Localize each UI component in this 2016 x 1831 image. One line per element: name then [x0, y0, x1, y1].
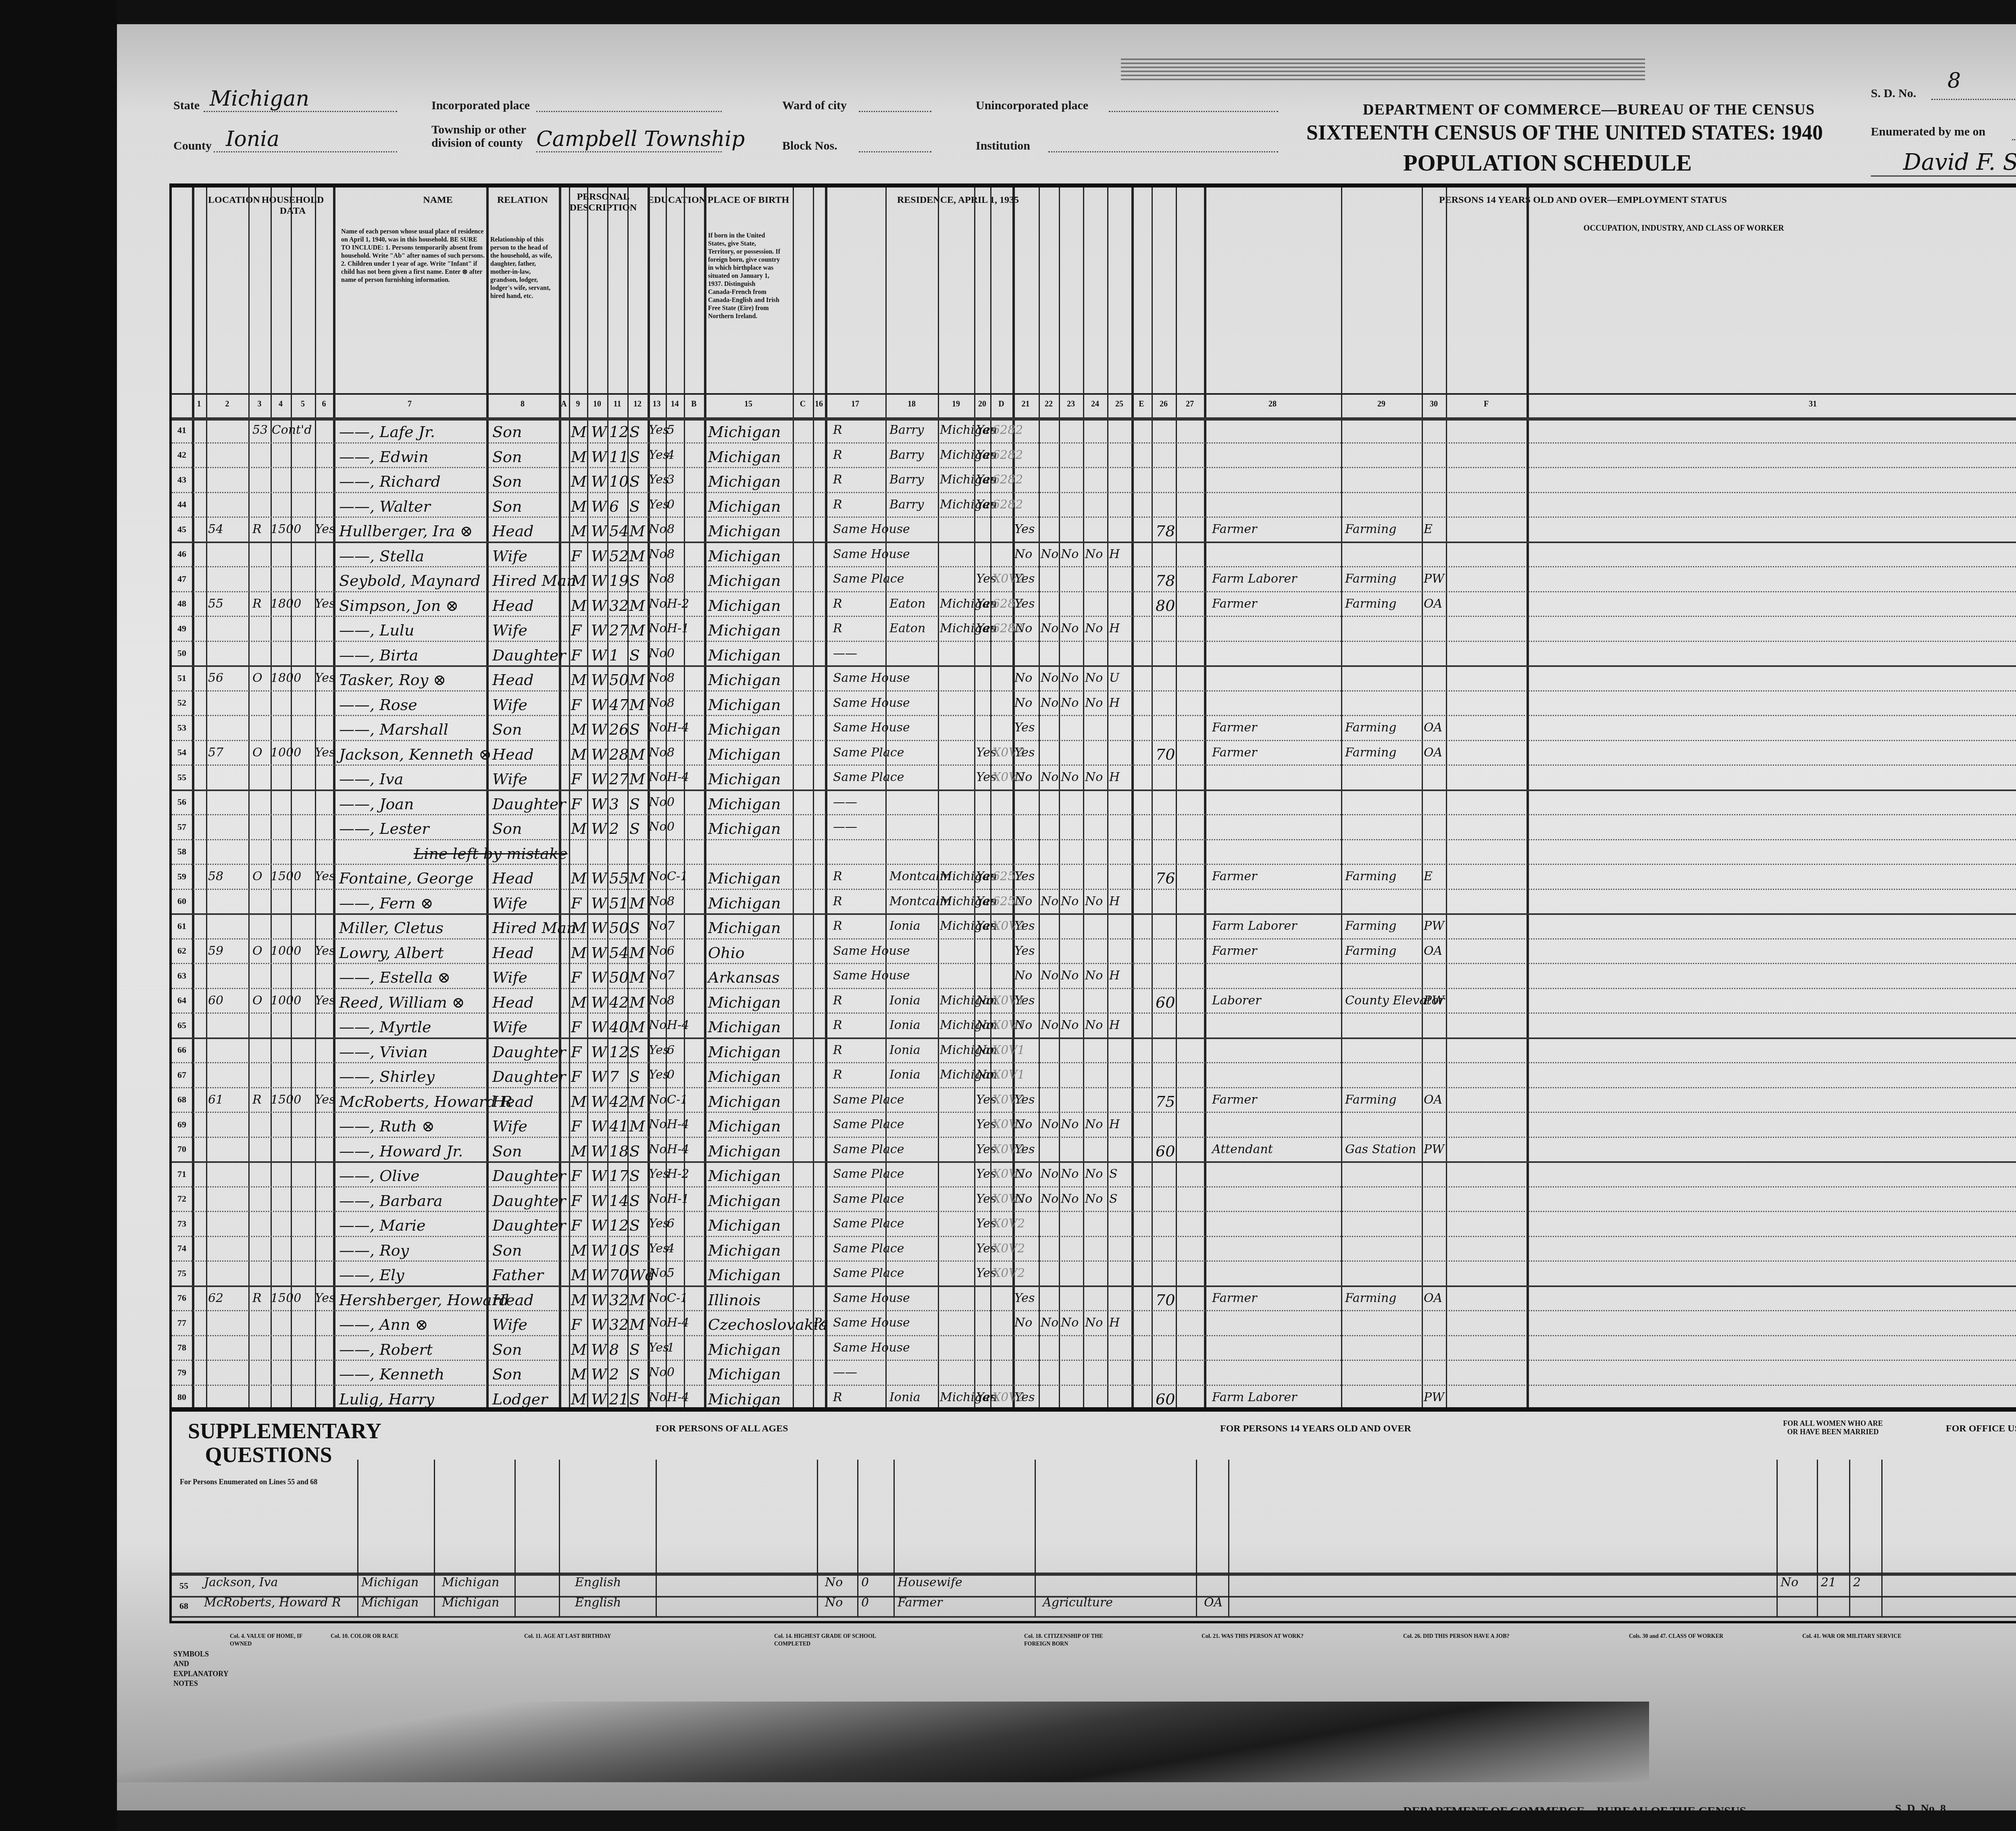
cell-other: No	[1085, 623, 1103, 635]
supp-row-divider	[172, 1616, 2016, 1618]
cell-birthplace: Michigan	[708, 871, 781, 886]
row-divider	[172, 442, 2016, 444]
section-relation: RELATION	[486, 195, 559, 206]
cell-other: No	[1085, 771, 1103, 783]
cell-name: ——, Marshall	[339, 722, 448, 737]
cell-school: No	[649, 1317, 666, 1329]
cell-race: W	[591, 598, 607, 613]
row-divider	[172, 1087, 2016, 1088]
cell-marital: S	[629, 648, 640, 663]
cell-school: No	[649, 1267, 666, 1279]
cell-sex: M	[571, 1366, 587, 1382]
cell-res-county: Barry	[889, 449, 924, 461]
cell-grade: 8	[667, 896, 675, 908]
cell-sex: M	[571, 573, 587, 588]
cell-res-city: R	[833, 424, 842, 436]
cell-school: No	[649, 920, 666, 932]
cell-res-city: Same House	[833, 945, 910, 957]
row-divider	[172, 988, 2016, 989]
cell-school: No	[649, 945, 666, 957]
cell-school: No	[649, 1366, 666, 1379]
cell-value: 1500	[271, 523, 301, 535]
cell-code: X0V1	[992, 1069, 1025, 1081]
scan-border-left	[0, 0, 117, 1831]
cell-relation: Wife	[492, 1317, 527, 1332]
cell-farm: Yes	[315, 995, 335, 1007]
supp-cell-mother-birth: Michigan	[442, 1577, 499, 1589]
supp-cell-occupation: Housewife	[898, 1577, 962, 1589]
cell-school: No	[649, 697, 666, 709]
row-divider	[172, 1012, 2016, 1014]
column-number: 16	[811, 400, 827, 409]
column-number: 30	[1426, 400, 1442, 409]
cell-age: 54	[609, 523, 629, 539]
cell-name: McRoberts, Howard R	[339, 1094, 512, 1109]
supp-cell-name: Jackson, Iva	[204, 1577, 278, 1589]
cell-name: ——, Walter	[339, 499, 431, 514]
cell-marital: M	[629, 598, 645, 613]
cell-work: No	[1014, 970, 1032, 982]
cell-grade: 8	[667, 523, 675, 535]
row-divider	[172, 641, 2016, 642]
cell-hours: 60	[1156, 1144, 1175, 1159]
cell-res-county: Barry	[889, 424, 924, 436]
cell-farm: Yes	[315, 945, 335, 957]
cell-school: No	[649, 1019, 666, 1031]
cell-res-county: Ionia	[889, 1069, 921, 1081]
cell-emerg: No	[1061, 896, 1079, 908]
cell-sex: M	[571, 1342, 587, 1357]
cell-farm: Yes	[315, 871, 335, 883]
cell-marital: M	[629, 771, 645, 787]
cell-birthplace: Michigan	[708, 1044, 781, 1060]
column-number: 19	[948, 400, 964, 409]
cell-school: No	[649, 747, 666, 759]
cell-value: 1000	[271, 945, 301, 957]
line-number: 71	[172, 1169, 192, 1179]
cell-occupation: Farmer	[1212, 598, 1257, 610]
cell-value: 1000	[271, 747, 301, 759]
cell-name: Tasker, Roy ⊗	[339, 672, 446, 687]
cell-class: PW	[1424, 1391, 1444, 1404]
cell-code: 6282	[992, 474, 1023, 486]
ward-label: Ward of city	[782, 99, 847, 112]
cell-relation: Head	[492, 871, 534, 886]
supp-column-divider	[893, 1460, 895, 1617]
cell-sex: F	[571, 1317, 581, 1332]
cell-hours: 75	[1156, 1094, 1175, 1109]
line-number: 72	[172, 1194, 192, 1204]
cell-class: E	[1424, 523, 1433, 535]
cell-res-city: Same House	[833, 672, 910, 684]
cell-seeking: No	[1041, 623, 1058, 635]
cell-birthplace: Michigan	[708, 474, 781, 489]
cell-sex: M	[571, 1391, 587, 1407]
cell-occupation: Farmer	[1212, 722, 1257, 734]
cell-birthplace: Ohio	[708, 945, 745, 960]
cell-race: W	[591, 1119, 607, 1134]
cell-school: Yes	[649, 1243, 669, 1255]
cell-age: 54	[609, 945, 629, 960]
cell-res-city: R	[833, 499, 842, 511]
cell-res-city: ——	[833, 796, 857, 808]
cell-birthplace: Czechoslovakia	[708, 1317, 828, 1332]
cell-marital: S	[629, 1342, 640, 1357]
cell-race: W	[591, 573, 607, 588]
cell-occupation: Farmer	[1212, 523, 1257, 535]
line-number: 73	[172, 1219, 192, 1229]
cell-grade: 3	[667, 474, 675, 486]
row-divider	[172, 1360, 2016, 1361]
column-divider	[1422, 187, 1423, 1409]
supp-column-divider	[1035, 1460, 1036, 1617]
cell-emerg: No	[1061, 623, 1079, 635]
header-divider	[172, 417, 2016, 421]
line-number: 59	[172, 871, 192, 882]
name-instructions: Name of each person whose usual place of…	[341, 228, 486, 284]
supp-cell-father-birth: Michigan	[361, 1577, 419, 1589]
line-number: 51	[172, 673, 192, 683]
cell-grade: H-1	[667, 623, 689, 635]
cell-res-city: Same Place	[833, 1243, 904, 1255]
cell-age: 18	[609, 1144, 629, 1159]
note-col18: Col. 18. CITIZENSHIP OF THE FOREIGN BORN	[1024, 1633, 1129, 1648]
cell-res-county: Ionia	[889, 1019, 921, 1031]
enumerated-label: Enumerated by me on	[1871, 125, 1985, 139]
cell-activity: H	[1109, 548, 1120, 560]
cell-res-city: Same Place	[833, 1094, 904, 1106]
row-divider	[172, 467, 2016, 468]
cell-race: W	[591, 1292, 607, 1308]
cell-name: ——, Olive	[339, 1168, 420, 1183]
note-col41: Col. 41. WAR OR MILITARY SERVICE	[1802, 1633, 1907, 1641]
row-divider	[172, 839, 2016, 840]
cell-school: No	[649, 722, 666, 734]
cell-industry: Farming	[1345, 598, 1397, 610]
cell-res-county: Ionia	[889, 1044, 921, 1056]
cell-work: Yes	[1014, 1292, 1035, 1304]
cell-marital: S	[629, 499, 640, 514]
column-number: 11	[609, 400, 625, 409]
cell-name: ——, Iva	[339, 771, 403, 787]
line-number: 43	[172, 475, 192, 485]
cell-school: Yes	[649, 1342, 669, 1354]
cell-relation: Head	[492, 1292, 534, 1308]
column-number: F	[1478, 400, 1494, 409]
cell-birthplace: Michigan	[708, 1342, 781, 1357]
cell-activity: H	[1109, 771, 1120, 783]
line-number: 60	[172, 896, 192, 906]
cell-age: 8	[609, 1342, 619, 1357]
cell-grade: 0	[667, 796, 675, 808]
supp-cell-soc-sec: No	[825, 1577, 843, 1589]
cell-name: ——, Stella	[339, 548, 424, 564]
cell-school: No	[649, 648, 666, 660]
cell-school: No	[649, 598, 666, 610]
cell-marital: S	[629, 1069, 640, 1084]
cell-grade: 6	[667, 1218, 675, 1230]
cell-grade: 5	[667, 424, 675, 436]
cell-race: W	[591, 871, 607, 886]
supp-cell-mother-birth: Michigan	[442, 1597, 499, 1609]
column-divider	[248, 187, 250, 1409]
cell-name: ——, Ann ⊗	[339, 1317, 428, 1332]
line-number: 58	[172, 846, 192, 857]
cell-activity: H	[1109, 1119, 1120, 1131]
cell-marital: M	[629, 523, 645, 539]
cell-work: Yes	[1014, 722, 1035, 734]
cell-marital: M	[629, 896, 645, 911]
cell-other: No	[1085, 896, 1103, 908]
note-col26: Col. 26. DID THIS PERSON HAVE A JOB?	[1403, 1633, 1516, 1641]
cell-emerg: No	[1061, 1019, 1079, 1031]
row-divider	[172, 1310, 2016, 1311]
cell-grade: H-4	[667, 1019, 689, 1031]
cell-marital: M	[629, 1317, 645, 1332]
cell-grade: H-4	[667, 1391, 689, 1404]
column-number: 2	[219, 400, 235, 409]
cell-grade: H-4	[667, 1317, 689, 1329]
supp-column-divider	[357, 1460, 358, 1617]
supp-cell-deductions: 0	[861, 1577, 869, 1589]
cell-school: No	[649, 672, 666, 684]
cell-grade: H-4	[667, 1119, 689, 1131]
cell-school: Yes	[649, 449, 669, 461]
cell-grade: H-2	[667, 598, 689, 610]
cell-class: E	[1424, 871, 1433, 883]
cell-age: 41	[609, 1119, 629, 1134]
column-number: B	[686, 400, 702, 409]
cell-sex: F	[571, 697, 581, 712]
cell-house: 54	[208, 523, 223, 535]
sd-label: S. D. No.	[1871, 87, 1916, 100]
cell-sex: M	[571, 920, 587, 935]
unincorporated-label: Unincorporated place	[976, 99, 1088, 112]
cell-name: ——, Fern ⊗	[339, 896, 433, 911]
column-divider	[1446, 187, 1447, 1409]
cell-race: W	[591, 1094, 607, 1109]
cell-farm35: No	[976, 1069, 994, 1081]
cell-race: W	[591, 474, 607, 489]
cell-farm: Yes	[315, 598, 335, 610]
cell-name: Lowry, Albert	[339, 945, 444, 960]
cell-race: W	[591, 1144, 607, 1159]
row-divider	[172, 1037, 2016, 1039]
cell-age: 28	[609, 747, 629, 762]
cell-birthplace: Michigan	[708, 499, 781, 514]
cell-seeking: No	[1041, 697, 1058, 709]
cell-race: W	[591, 896, 607, 911]
cell-relation: Wife	[492, 896, 527, 911]
cell-marital: M	[629, 1119, 645, 1134]
cell-industry: Farming	[1345, 871, 1397, 883]
cell-seeking: No	[1041, 548, 1058, 560]
column-divider	[587, 187, 588, 1409]
line-number: 66	[172, 1045, 192, 1055]
column-number: 6	[316, 400, 332, 409]
cell-res-city: R	[833, 1044, 842, 1056]
supp-cell-industry: Agriculture	[1043, 1597, 1113, 1609]
cell-work: Yes	[1014, 1144, 1035, 1156]
cell-house: 62	[208, 1292, 223, 1304]
cell-grade: 8	[667, 548, 675, 560]
line-number: 56	[172, 797, 192, 807]
column-number: 27	[1182, 400, 1198, 409]
cell-res-county: Ionia	[889, 1391, 921, 1404]
sd-value: 8	[1947, 69, 1961, 93]
cell-age: 11	[609, 449, 629, 465]
line-number: 53	[172, 723, 192, 733]
supp-over-14: FOR PERSONS 14 YEARS OLD AND OVER	[1220, 1423, 1411, 1434]
cell-own: R	[252, 523, 262, 535]
supp-column-divider	[656, 1460, 657, 1617]
note-col14: Col. 14. HIGHEST GRADE OF SCHOOL COMPLET…	[774, 1633, 895, 1648]
cell-school: No	[649, 896, 666, 908]
cell-school: No	[649, 1094, 666, 1106]
note-col10: Col. 10. COLOR OR RACE	[331, 1633, 452, 1641]
cell-res-city: Same Place	[833, 573, 904, 585]
cell-race: W	[591, 747, 607, 762]
population-table: LOCATION HOUSEHOLD DATA NAME Name of eac…	[169, 183, 2016, 1412]
cell-school: No	[649, 548, 666, 560]
cell-race: W	[591, 1391, 607, 1407]
cell-grade: 5	[667, 1267, 675, 1279]
row-divider	[172, 715, 2016, 716]
cell-grade: C-1	[667, 1094, 688, 1106]
cell-res-city: R	[833, 598, 842, 610]
cell-name: ——, Ely	[339, 1267, 404, 1283]
cell-relation: Hired Man	[492, 573, 576, 588]
cell-own: 53 Cont'd	[252, 424, 312, 436]
cell-name: ——, Ruth ⊗	[339, 1119, 435, 1134]
cell-birthplace: Michigan	[708, 573, 781, 588]
cell-relation: Son	[492, 474, 522, 489]
note-col11: Col. 11. AGE AT LAST BIRTHDAY	[524, 1633, 685, 1641]
cell-sex: F	[571, 648, 581, 663]
column-number: 22	[1041, 400, 1057, 409]
cell-house: 59	[208, 945, 223, 957]
cell-code: 6282	[992, 499, 1023, 511]
cell-farm: Yes	[315, 672, 335, 684]
column-number: 24	[1087, 400, 1103, 409]
column-divider	[1341, 187, 1342, 1409]
cell-industry: Farming	[1345, 1292, 1397, 1304]
cell-sex: M	[571, 747, 587, 762]
cell-age: 14	[609, 1193, 629, 1208]
cell-farm: Yes	[315, 747, 335, 759]
cell-house: 61	[208, 1094, 223, 1106]
cell-sex: F	[571, 1168, 581, 1183]
cell-emerg: No	[1061, 771, 1079, 783]
cell-work: No	[1014, 548, 1032, 560]
cell-relation: Head	[492, 995, 534, 1010]
cell-race: W	[591, 672, 607, 687]
cell-res-county: Barry	[889, 474, 924, 486]
section-education: EDUCATION	[648, 195, 700, 206]
cell-house: 55	[208, 598, 223, 610]
cell-work: No	[1014, 1119, 1032, 1131]
column-number: 12	[629, 400, 646, 409]
column-number: 23	[1063, 400, 1079, 409]
cell-other: No	[1085, 1317, 1103, 1329]
cell-work: Yes	[1014, 871, 1035, 883]
legal-notice	[1121, 58, 1645, 83]
cell-occupation: Farm Laborer	[1212, 920, 1297, 932]
column-divider	[607, 187, 608, 1409]
cell-sex: F	[571, 1019, 581, 1035]
cell-res-city: Same House	[833, 722, 910, 734]
cell-age: 55	[609, 871, 629, 886]
cell-work: No	[1014, 1193, 1032, 1205]
cell-occupation: Farmer	[1212, 747, 1257, 759]
cell-sex: M	[571, 1144, 587, 1159]
cell-race: W	[591, 1342, 607, 1357]
cell-marital: S	[629, 474, 640, 489]
row-divider	[172, 492, 2016, 493]
section-employment: PERSONS 14 YEARS OLD AND OVER—EMPLOYMENT…	[1099, 195, 2016, 206]
cell-grade: 0	[667, 1069, 675, 1081]
cell-res-city: Same Place	[833, 1267, 904, 1279]
cell-work: Yes	[1014, 995, 1035, 1007]
supp-column-divider	[1849, 1460, 1850, 1617]
cell-birthplace: Michigan	[708, 722, 781, 737]
cell-relation: Daughter	[492, 1218, 566, 1233]
cell-sex: M	[571, 821, 587, 836]
row-divider	[172, 864, 2016, 865]
cell-res-city: Same Place	[833, 747, 904, 759]
cell-own: O	[252, 747, 262, 759]
cell-occupation: Farm Laborer	[1212, 573, 1297, 585]
cell-res-city: Same Place	[833, 1168, 904, 1180]
cell-res-city: R	[833, 920, 842, 932]
cell-work: Yes	[1014, 1094, 1035, 1106]
cell-grade: H-1	[667, 1193, 689, 1205]
cell-sex: F	[571, 796, 581, 812]
cell-grade: 8	[667, 573, 675, 585]
footer-department: DEPARTMENT OF COMMERCE—BUREAU OF THE CEN…	[1403, 1804, 1746, 1818]
line-number: 63	[172, 971, 192, 981]
cell-relation: Head	[492, 523, 534, 539]
cell-sex: M	[571, 945, 587, 960]
column-divider	[684, 187, 685, 1409]
cell-grade: 6	[667, 1044, 675, 1056]
cell-age: 47	[609, 697, 629, 712]
line-number: 47	[172, 574, 192, 584]
cell-age: 21	[609, 1391, 629, 1407]
cell-hours: 70	[1156, 747, 1175, 762]
cell-marital: M	[629, 697, 645, 712]
supp-women: FOR ALL WOMEN WHO ARE OR HAVE BEEN MARRI…	[1781, 1419, 1885, 1436]
cell-work: Yes	[1014, 598, 1035, 610]
cell-seeking: No	[1041, 896, 1058, 908]
column-number: 8	[514, 400, 531, 409]
cell-class: PW	[1424, 995, 1444, 1007]
cell-grade: 8	[667, 747, 675, 759]
cell-name: Reed, William ⊗	[339, 995, 465, 1010]
cell-class: OA	[1424, 1094, 1442, 1106]
column-number: D	[993, 400, 1010, 409]
cell-birthplace: Michigan	[708, 896, 781, 911]
cell-age: 50	[609, 970, 629, 985]
cell-industry: Farming	[1345, 945, 1397, 957]
cell-name: Jackson, Kenneth ⊗	[339, 747, 492, 762]
cell-farm: Yes	[315, 1292, 335, 1304]
cell-sex: M	[571, 1267, 587, 1283]
cell-age: 7	[609, 1069, 619, 1084]
cell-relation: Wife	[492, 771, 527, 787]
cell-race: W	[591, 1193, 607, 1208]
cell-emerg: No	[1061, 970, 1079, 982]
